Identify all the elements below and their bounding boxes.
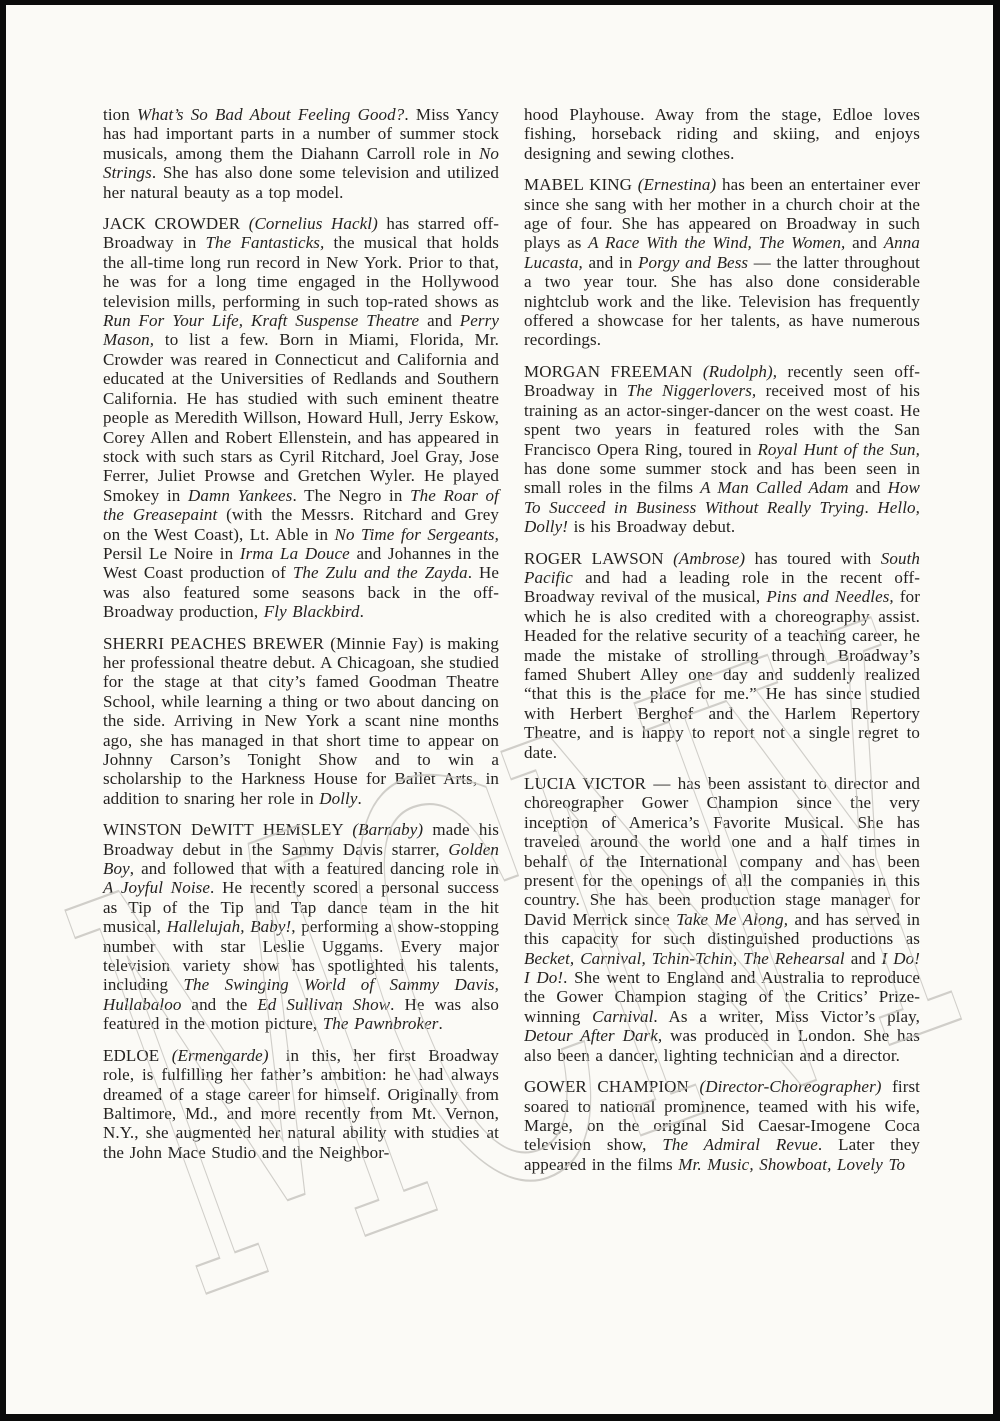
paragraph-edloe: EDLOE (Ermengarde) in this, her first Br… [103,1046,499,1162]
paragraph-gower-champion: GOWER CHAMPION (Director-Choreographer) … [524,1077,920,1174]
paragraph-jack-crowder: JACK CROWDER (Cornelius Hackl) has starr… [103,214,499,622]
paragraph-edloe-continuation: hood Playhouse. Away from the stage, Edl… [524,105,920,163]
paragraph-mabel-king: MABEL KING (Ernestina) has been an enter… [524,175,920,350]
paragraph-lucia-victor: LUCIA VICTOR — has been assistant to dir… [524,774,920,1065]
paragraph-sherri-peaches-brewer: SHERRI PEACHES BREWER (Minnie Fay) is ma… [103,634,499,809]
paragraph-yancy-continuation: tion What’s So Bad About Feeling Good?. … [103,105,499,202]
paragraph-winston-dewitt-hemsley: WINSTON DeWITT HEMSLEY (Barnaby) made hi… [103,820,499,1033]
right-column: hood Playhouse. Away from the stage, Edl… [524,105,920,1174]
paragraph-roger-lawson: ROGER LAWSON (Ambrose) has toured with S… [524,549,920,762]
page-surface: tion What’s So Bad About Feeling Good?. … [6,5,993,1414]
paragraph-morgan-freeman: MORGAN FREEMAN (Rudolph), recently seen … [524,362,920,537]
scanned-playbill-page: { "page": { "kind": "theatre-program-bio… [0,0,1000,1421]
left-column: tion What’s So Bad About Feeling Good?. … [103,105,499,1174]
text-columns: tion What’s So Bad About Feeling Good?. … [103,105,919,1174]
